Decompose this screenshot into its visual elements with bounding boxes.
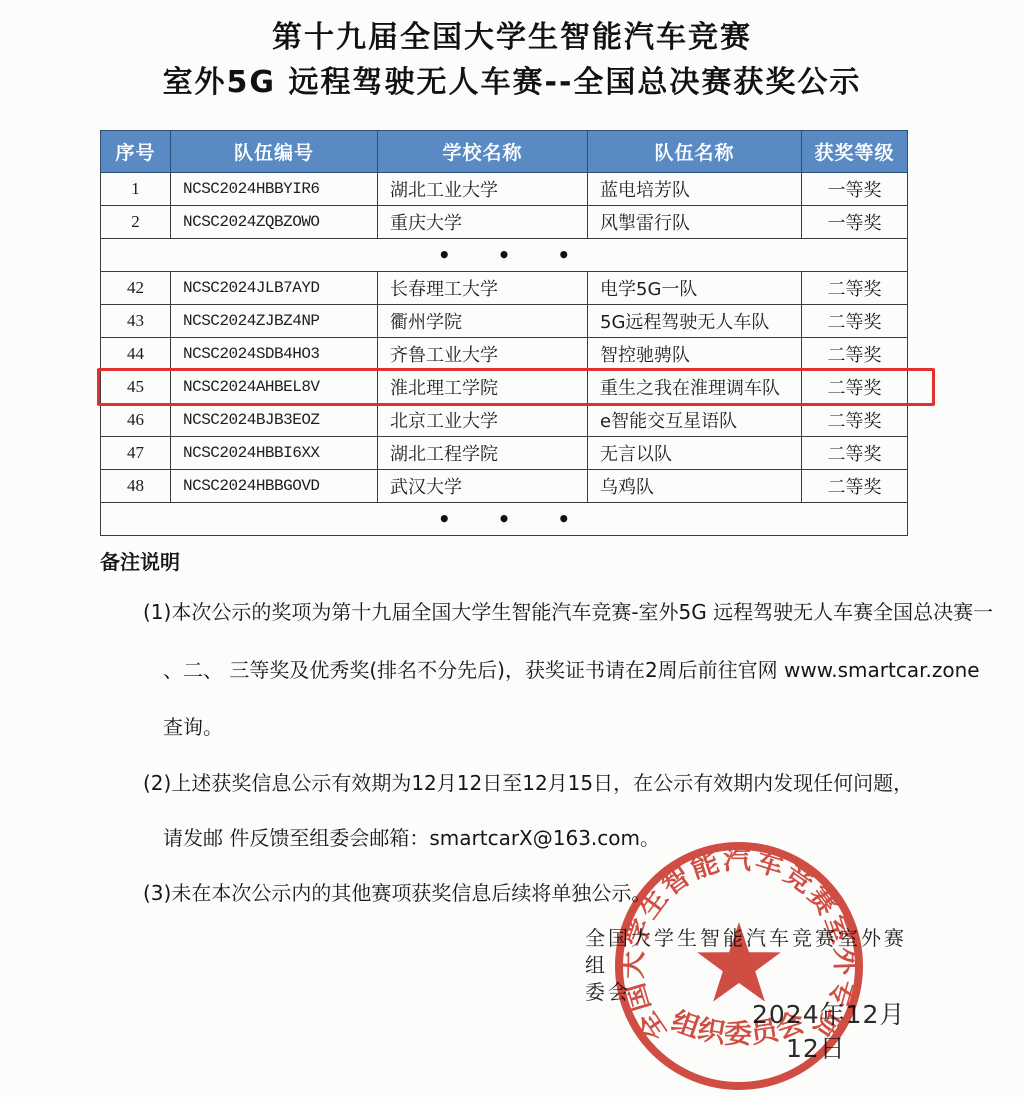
cell-team: 无言以队 — [588, 437, 802, 470]
cell-code: NCSC2024BJB3EOZ — [171, 404, 378, 437]
cell-school: 湖北工业大学 — [378, 173, 588, 206]
col-header-award: 获奖等级 — [802, 131, 908, 173]
cell-award: 二等奖 — [802, 404, 908, 437]
cell-school: 湖北工程学院 — [378, 437, 588, 470]
cell-team: 蓝电培芳队 — [588, 173, 802, 206]
cell-no: 46 — [101, 404, 171, 437]
cell-no: 42 — [101, 272, 171, 305]
note-line-2b: 请发邮 件反馈至组委会邮箱：smartcarX@163.com。 — [163, 822, 660, 851]
star-icon — [697, 922, 781, 1002]
table-row: 43NCSC2024ZJBZ4NP衢州学院5G远程驾驶无人车队二等奖 — [101, 305, 908, 338]
ellipsis-row: • • • — [101, 239, 908, 272]
table-row: 1NCSC2024HBBYIR6湖北工业大学蓝电培芳队一等奖 — [101, 173, 908, 206]
col-header-school: 学校名称 — [378, 131, 588, 173]
cell-code: NCSC2024ZQBZOWO — [171, 206, 378, 239]
cell-team: 电学5G一队 — [588, 272, 802, 305]
table-row: 47NCSC2024HBBI6XX湖北工程学院无言以队二等奖 — [101, 437, 908, 470]
awards-table: 序号 队伍编号 学校名称 队伍名称 获奖等级 1NCSC2024HBBYIR6湖… — [100, 130, 908, 536]
cell-code: NCSC2024AHBEL8V — [171, 371, 378, 404]
cell-no: 1 — [101, 173, 171, 206]
cell-award: 一等奖 — [802, 173, 908, 206]
col-header-no: 序号 — [101, 131, 171, 173]
official-seal: 全国大学生智能汽车竞赛室外专项赛 组织委员会 — [606, 838, 872, 1097]
cell-code: NCSC2024SDB4HO3 — [171, 338, 378, 371]
table-body: 1NCSC2024HBBYIR6湖北工业大学蓝电培芳队一等奖2NCSC2024Z… — [101, 173, 908, 536]
cell-award: 二等奖 — [802, 470, 908, 503]
table-row: 46NCSC2024BJB3EOZ北京工业大学e智能交互星语队二等奖 — [101, 404, 908, 437]
note-line-3: (3)未在本次公示内的其他赛项获奖信息后续将单独公示。 — [143, 877, 651, 906]
table-row: 44NCSC2024SDB4HO3齐鲁工业大学智控驰骋队二等奖 — [101, 338, 908, 371]
cell-team: e智能交互星语队 — [588, 404, 802, 437]
document-title-line1: 第十九届全国大学生智能汽车竞赛 — [0, 12, 1024, 56]
cell-team: 风掣雷行队 — [588, 206, 802, 239]
cell-no: 43 — [101, 305, 171, 338]
notes-heading: 备注说明 — [100, 546, 180, 575]
ellipsis-dots: • • • — [101, 239, 908, 272]
col-header-code: 队伍编号 — [171, 131, 378, 173]
cell-no: 2 — [101, 206, 171, 239]
cell-team: 重生之我在淮理调车队 — [588, 371, 802, 404]
cell-school: 武汉大学 — [378, 470, 588, 503]
cell-school: 重庆大学 — [378, 206, 588, 239]
cell-team: 5G远程驾驶无人车队 — [588, 305, 802, 338]
cell-award: 二等奖 — [802, 272, 908, 305]
table-row: 45NCSC2024AHBEL8V淮北理工学院重生之我在淮理调车队二等奖 — [101, 371, 908, 404]
cell-code: NCSC2024JLB7AYD — [171, 272, 378, 305]
note-line-2a: (2)上述获奖信息公示有效期为12月12日至12月15日，在公示有效期内发现任何… — [143, 767, 913, 796]
cell-code: NCSC2024HBBGOVD — [171, 470, 378, 503]
cell-school: 衢州学院 — [378, 305, 588, 338]
document-title-line2: 室外5G 远程驾驶无人车赛--全国总决赛获奖公示 — [0, 57, 1024, 101]
cell-award: 一等奖 — [802, 206, 908, 239]
table-row: 48NCSC2024HBBGOVD武汉大学乌鸡队二等奖 — [101, 470, 908, 503]
cell-code: NCSC2024ZJBZ4NP — [171, 305, 378, 338]
cell-code: NCSC2024HBBI6XX — [171, 437, 378, 470]
cell-award: 二等奖 — [802, 437, 908, 470]
document-page: 第十九届全国大学生智能汽车竞赛 室外5G 远程驾驶无人车赛--全国总决赛获奖公示… — [0, 0, 1024, 1097]
cell-no: 44 — [101, 338, 171, 371]
cell-team: 智控驰骋队 — [588, 338, 802, 371]
cell-school: 淮北理工学院 — [378, 371, 588, 404]
cell-school: 长春理工大学 — [378, 272, 588, 305]
cell-team: 乌鸡队 — [588, 470, 802, 503]
col-header-team: 队伍名称 — [588, 131, 802, 173]
cell-award: 二等奖 — [802, 305, 908, 338]
svg-text:组织委员会: 组织委员会 — [667, 1006, 808, 1050]
table-header-row: 序号 队伍编号 学校名称 队伍名称 获奖等级 — [101, 131, 908, 173]
note-line-1c: 查询。 — [163, 711, 223, 740]
note-line-1b: 、二、 三等奖及优秀奖(排名不分先后)，获奖证书请在2周后前往官网 www.sm… — [163, 654, 980, 683]
cell-school: 齐鲁工业大学 — [378, 338, 588, 371]
ellipsis-dots: • • • — [101, 503, 908, 536]
table-row: 2NCSC2024ZQBZOWO重庆大学风掣雷行队一等奖 — [101, 206, 908, 239]
cell-school: 北京工业大学 — [378, 404, 588, 437]
ellipsis-row: • • • — [101, 503, 908, 536]
cell-award: 二等奖 — [802, 338, 908, 371]
table-row: 42NCSC2024JLB7AYD长春理工大学电学5G一队二等奖 — [101, 272, 908, 305]
cell-no: 48 — [101, 470, 171, 503]
cell-no: 47 — [101, 437, 171, 470]
seal-bottom-text: 组织委员会 — [667, 1006, 808, 1050]
cell-award: 二等奖 — [802, 371, 908, 404]
cell-no: 45 — [101, 371, 171, 404]
note-line-1a: (1)本次公示的奖项为第十九届全国大学生智能汽车竞赛-室外5G 远程驾驶无人车赛… — [143, 596, 993, 625]
cell-code: NCSC2024HBBYIR6 — [171, 173, 378, 206]
